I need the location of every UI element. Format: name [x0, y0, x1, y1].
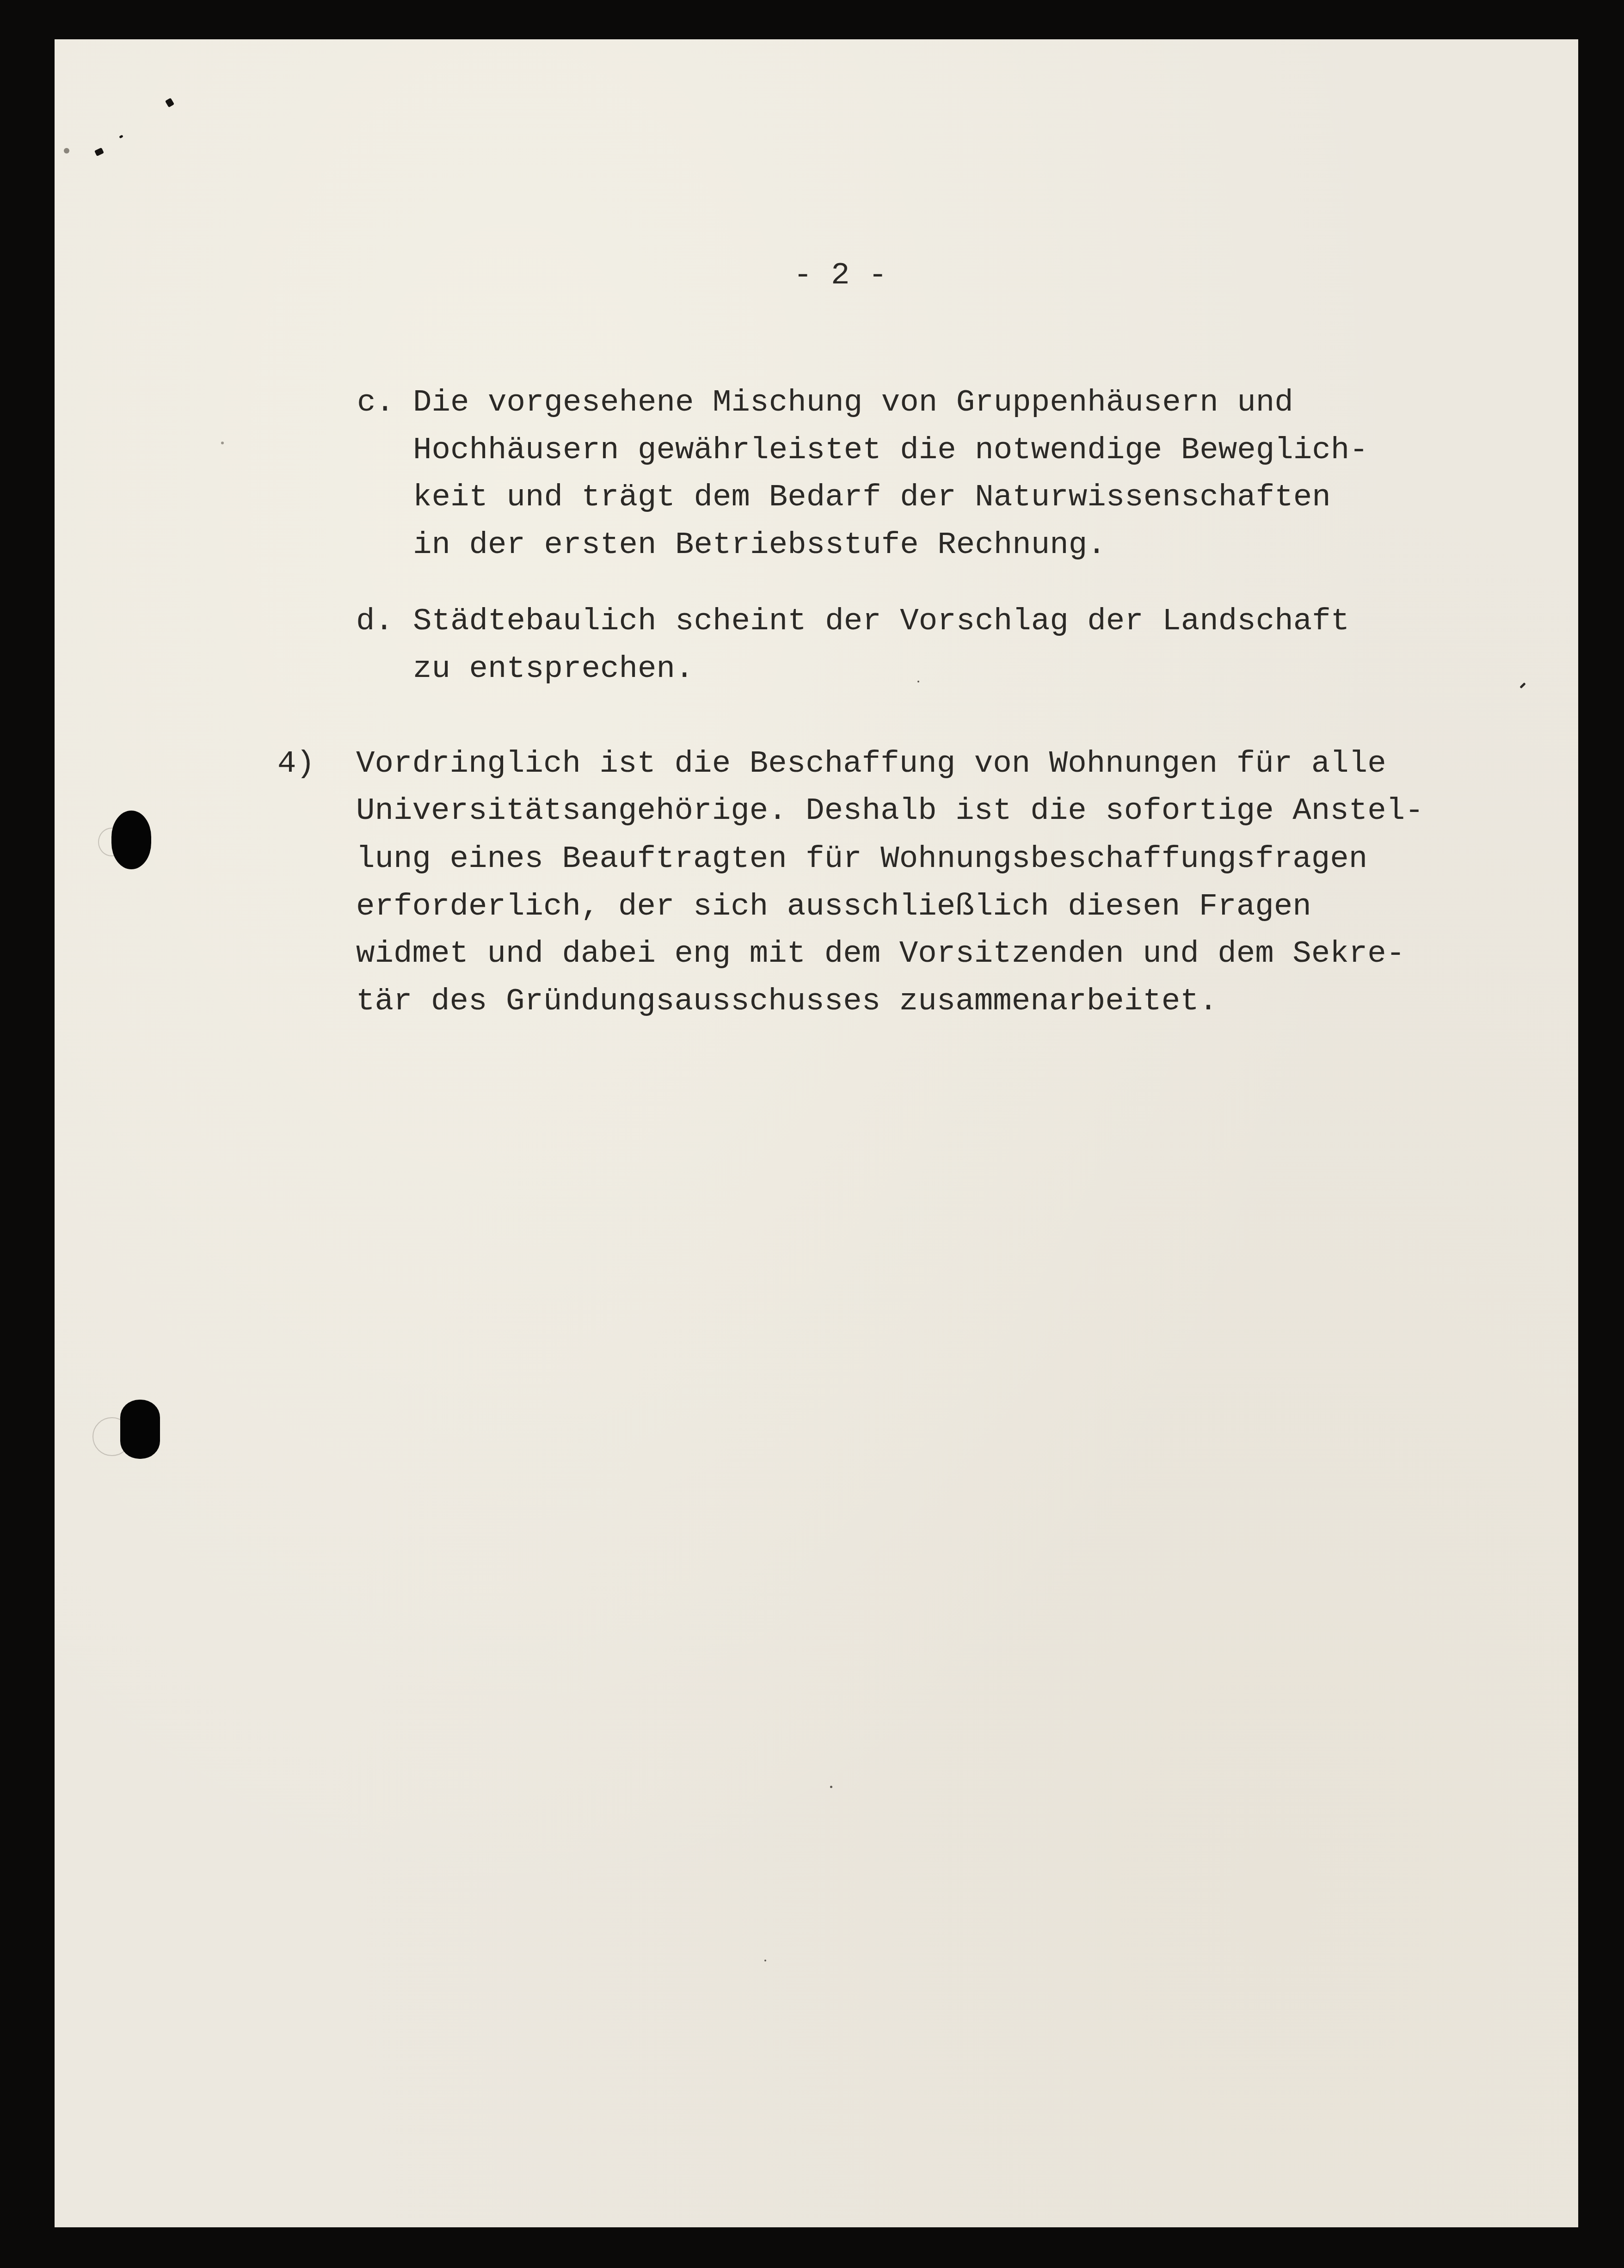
item-d-line-1: Städtebaulich scheint der Vorschlag der …: [413, 606, 1349, 638]
punch-hole-bottom: [120, 1400, 160, 1459]
document-page: [55, 39, 1578, 2227]
page-number: - 2 -: [794, 260, 887, 292]
punch-hole-top: [111, 811, 151, 869]
paper-speck: [830, 1786, 832, 1788]
item-c-line-3: keit und trägt dem Bedarf der Naturwisse…: [413, 482, 1331, 514]
item-4-line-2: Universitätsangehörige. Deshalb ist die …: [356, 796, 1424, 827]
item-4-line-3: lung eines Beauftragten für Wohnungsbesc…: [356, 844, 1367, 875]
paper-speck: [917, 681, 919, 682]
item-4-line-6: tär des Gründungsausschusses zusammenarb…: [356, 986, 1218, 1018]
paper-speck: [221, 442, 224, 444]
item-4-line-5: widmet und dabei eng mit dem Vorsitzende…: [356, 939, 1405, 970]
paper-speck: [64, 148, 69, 154]
list-item-4: 4) Vordringlich ist die Beschaffung von …: [0, 0, 37, 250]
paper-speck: [764, 1960, 766, 1961]
item-label-d: d.: [356, 606, 394, 638]
item-d-line-2: zu entsprechen.: [413, 654, 694, 685]
item-c-line-4: in der ersten Betriebsstufe Rechnung.: [413, 530, 1106, 561]
item-label-c: c.: [357, 387, 394, 419]
item-c-line-1: Die vorgesehene Mischung von Gruppenhäus…: [413, 387, 1293, 419]
item-c-line-2: Hochhäusern gewährleistet die notwendige…: [413, 435, 1368, 467]
item-label-4: 4): [277, 749, 315, 780]
item-4-line-1: Vordringlich ist die Beschaffung von Woh…: [356, 749, 1386, 780]
item-4-line-4: erforderlich, der sich ausschließlich di…: [356, 891, 1311, 923]
